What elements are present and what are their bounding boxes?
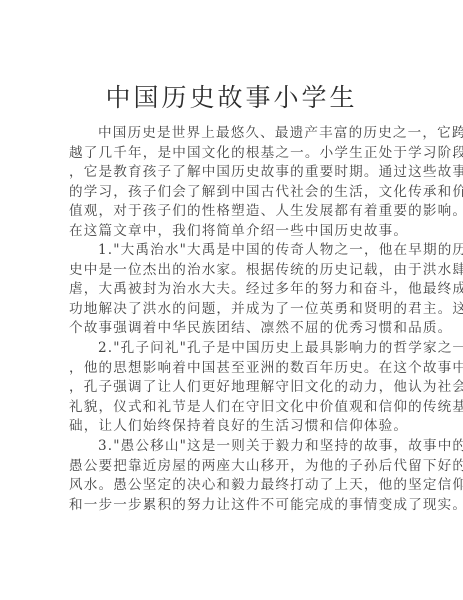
paragraph-line: 础，让人们始终保持着良好的生活习惯和信仰体验。 — [69, 417, 399, 437]
paragraph-line: ，他的思想影响着中国甚至亚洲的数百年历史。在这个故事中 — [69, 359, 399, 379]
story-dayu-paragraph: 1."大禹治水"大禹是中国的传奇人物之一，他在早期的历 史中是一位杰出的治水家。… — [69, 241, 399, 339]
intro-paragraph: 中国历史是世界上最悠久、最遗产丰富的历史之一，它跨 越了几千年，是中国文化的根基… — [69, 124, 399, 242]
paragraph-line: ，它是教育孩子了解中国历史故事的重要时期。通过这些故事 — [69, 163, 399, 183]
paragraph-line: 中国历史是世界上最悠久、最遗产丰富的历史之一，它跨 — [69, 124, 399, 144]
paragraph-line: 2."孔子问礼"孔子是中国历史上最具影响力的哲学家之一 — [69, 339, 399, 359]
paragraph-line: 值观，对于孩子们的性格塑造、人生发展都有着重要的影响。 — [69, 202, 399, 222]
paragraph-line: 功地解决了洪水的问题，并成为了一位英勇和贤明的君主。这 — [69, 300, 399, 320]
paragraph-line: 愚公要把靠近房屋的两座大山移开，为他的子孙后代留下好的 — [69, 457, 399, 477]
document-page: 中国历史故事小学生 中国历史是世界上最悠久、最遗产丰富的历史之一，它跨 越了几千… — [0, 0, 463, 600]
paragraph-line: 史中是一位杰出的治水家。根据传统的历史记载，由于洪水肆 — [69, 261, 399, 281]
document-title: 中国历史故事小学生 — [0, 78, 463, 114]
paragraph-line: 个故事强调着中华民族团结、凛然不屈的优秀习惯和品质。 — [69, 319, 399, 339]
paragraph-line: 和一步一步累积的努力让这件不可能完成的事情变成了现实。 — [69, 496, 399, 516]
story-yugong-paragraph: 3."愚公移山"这是一则关于毅力和坚持的故事，故事中的 愚公要把靠近房屋的两座大… — [69, 437, 399, 515]
paragraph-line: ，孔子强调了让人们更好地理解守旧文化的动力，他认为社会 — [69, 378, 399, 398]
paragraph-line: 越了几千年，是中国文化的根基之一。小学生正处于学习阶段 — [69, 144, 399, 164]
paragraph-line: 风水。愚公坚定的决心和毅力最终打动了上天，他的坚定信仰 — [69, 476, 399, 496]
paragraph-line: 的学习，孩子们会了解到中国古代社会的生活，文化传承和价 — [69, 183, 399, 203]
story-confucius-paragraph: 2."孔子问礼"孔子是中国历史上最具影响力的哲学家之一 ，他的思想影响着中国甚至… — [69, 339, 399, 437]
paragraph-line: 在这篇文章中，我们将简单介绍一些中国历史故事。 — [69, 222, 399, 242]
paragraph-line: 礼貌，仪式和礼节是人们在守旧文化中价值观和信仰的传统基 — [69, 398, 399, 418]
paragraph-line: 1."大禹治水"大禹是中国的传奇人物之一，他在早期的历 — [69, 241, 399, 261]
paragraph-line: 虐，大禹被封为治水大夫。经过多年的努力和奋斗，他最终成 — [69, 280, 399, 300]
paragraph-line: 3."愚公移山"这是一则关于毅力和坚持的故事，故事中的 — [69, 437, 399, 457]
